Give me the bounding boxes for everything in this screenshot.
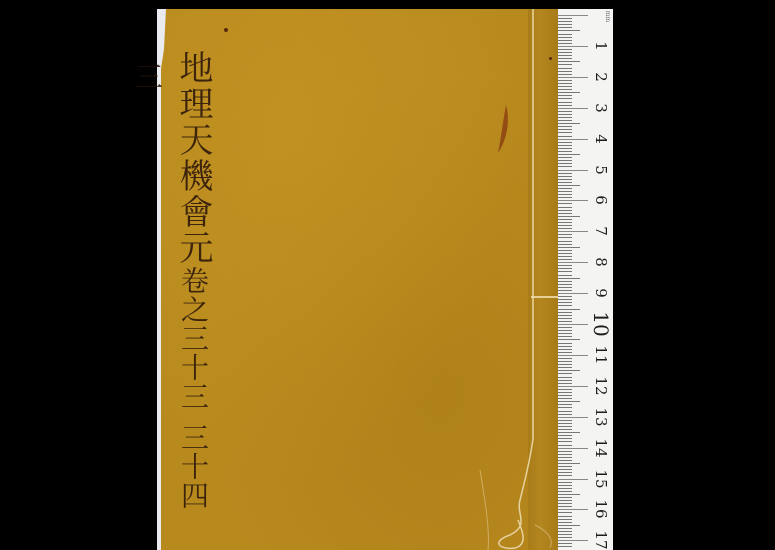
ruler-number: 6 [593, 187, 609, 213]
ruler-tick [558, 228, 572, 229]
title-volume-third: 三 [124, 62, 170, 91]
ruler-tick [558, 250, 572, 251]
ruler-tick [558, 15, 588, 16]
ruler-tick [558, 92, 580, 93]
ruler-tick [558, 330, 572, 331]
ruler-tick [558, 253, 572, 254]
ruler-tick [558, 503, 572, 504]
ruler-tick [558, 463, 580, 464]
ruler-number: 15 [593, 466, 609, 492]
ruler-tick [558, 506, 572, 507]
ruler-tick [558, 358, 572, 359]
ruler-tick [558, 472, 572, 473]
ruler-tick [558, 445, 572, 446]
ruler-tick [558, 441, 572, 442]
ruler-number: 14 [593, 435, 609, 461]
ruler-tick [558, 68, 572, 69]
ruler-tick [558, 173, 572, 174]
ruler-tick [558, 231, 588, 232]
ruler-tick [558, 479, 588, 480]
ruler-tick [558, 83, 572, 84]
ruler-tick [558, 247, 580, 248]
ruler-tick [558, 315, 572, 316]
ruler-tick [558, 58, 572, 59]
ruler-tick [558, 27, 572, 28]
ruler-tick [558, 71, 572, 72]
ruler-tick [558, 64, 572, 65]
ruler-tick [558, 234, 572, 235]
ruler-tick [558, 293, 588, 294]
ruler-tick [558, 52, 572, 53]
ruler-tick [558, 336, 572, 337]
ruler-tick [558, 49, 572, 50]
ruler-number: 17 [593, 527, 609, 550]
ruler-tick [558, 170, 588, 171]
ruler-tick [558, 74, 572, 75]
ruler-tick [558, 148, 572, 149]
ruler-tick [558, 102, 572, 103]
ruler-tick [558, 352, 572, 353]
ruler-tick [558, 281, 572, 282]
ruler-tick [558, 546, 572, 547]
ruler-number: 16 [593, 496, 609, 522]
ruler-tick [558, 77, 588, 78]
ruler-tick [558, 89, 572, 90]
ruler-tick [558, 197, 572, 198]
ruler-tick [558, 318, 572, 319]
ruler-tick [558, 543, 572, 544]
ruler-tick [558, 537, 572, 538]
ruler-tick [558, 120, 572, 121]
ruler-number: 11 [593, 342, 609, 368]
ruler-number: 10 [593, 311, 609, 337]
ruler-tick [558, 111, 572, 112]
ruler-number: 1 [593, 33, 609, 59]
ruler-tick [558, 157, 572, 158]
ruler-tick [558, 299, 572, 300]
ruler-number: 7 [593, 218, 609, 244]
ruler-tick [558, 262, 588, 263]
ruler-tick [558, 491, 572, 492]
ruler-tick [558, 509, 588, 510]
ruler-tick [558, 346, 572, 347]
ruler-tick [558, 194, 572, 195]
ruler-tick [558, 139, 588, 140]
ruler-tick [558, 423, 572, 424]
ruler-tick [558, 179, 572, 180]
ruler-tick [558, 534, 572, 535]
ruler-tick [558, 244, 572, 245]
ruler-tick [558, 497, 572, 498]
ruler-tick [558, 302, 572, 303]
ruler-tick [558, 432, 580, 433]
ruler-tick [558, 216, 580, 217]
ruler-tick [558, 525, 580, 526]
ruler-tick [558, 108, 588, 109]
ruler-tick [558, 389, 572, 390]
ruler-tick [558, 435, 572, 436]
ruler-tick [558, 40, 572, 41]
ruler-tick [558, 61, 580, 62]
ruler-tick [558, 275, 572, 276]
ruler-tick [558, 256, 572, 257]
ruler-tick [558, 185, 580, 186]
ruler-tick [558, 383, 572, 384]
ruler-tick [558, 151, 572, 152]
ruler-tick [558, 420, 572, 421]
ruler-number: 2 [593, 64, 609, 90]
ruler-tick [558, 407, 572, 408]
ruler-tick [558, 339, 580, 340]
ruler-tick [558, 528, 572, 529]
ruler-tick [558, 380, 572, 381]
ruler-tick [558, 370, 580, 371]
ruler-tick [558, 123, 580, 124]
ruler-tick [558, 163, 572, 164]
ruler-tick [558, 290, 572, 291]
ruler-tick [558, 343, 572, 344]
ruler-tick [558, 309, 580, 310]
ink-spot [549, 57, 552, 60]
ruler-tick [558, 469, 572, 470]
ruler-tick [558, 80, 572, 81]
ruler-tick [558, 531, 572, 532]
ruler-tick [558, 203, 572, 204]
ruler-tick [558, 516, 572, 517]
ruler-tick [558, 142, 572, 143]
ruler-tick [558, 37, 572, 38]
ruler-tick [558, 98, 572, 99]
ruler-number: 5 [593, 157, 609, 183]
ruler-tick [558, 355, 588, 356]
ruler-tick [558, 386, 588, 387]
ruler-tick [558, 454, 572, 455]
ruler-tick [558, 475, 572, 476]
measurement-ruler: mm 1234567891011121314151617 [558, 9, 613, 550]
ruler-tick [558, 438, 572, 439]
binding-thread-vertical [532, 9, 534, 439]
ruler-tick [558, 540, 588, 541]
ruler-tick [558, 210, 572, 211]
ruler-tick [558, 126, 572, 127]
ruler-tick [558, 182, 572, 183]
ruler-tick [558, 333, 572, 334]
ruler-tick [558, 154, 580, 155]
ruler-tick [558, 417, 588, 418]
ruler-tick [558, 460, 572, 461]
title-main: 地理天機會元 [173, 50, 213, 266]
ruler-tick [558, 176, 572, 177]
ruler-tick [558, 225, 572, 226]
ruler-tick [558, 200, 588, 201]
ruler-tick [558, 46, 588, 47]
ruler-tick [558, 188, 572, 189]
ruler-tick [558, 426, 572, 427]
ruler-tick [558, 485, 572, 486]
ruler-tick [558, 278, 580, 279]
ruler-tick [558, 414, 572, 415]
ruler-tick [558, 30, 580, 31]
ruler-tick [558, 145, 572, 146]
ink-spot [224, 28, 228, 32]
ruler-tick [558, 488, 572, 489]
ruler-number: 8 [593, 249, 609, 275]
ruler-tick [558, 114, 572, 115]
ruler-number: 3 [593, 95, 609, 121]
ruler-tick [558, 132, 572, 133]
ruler-tick [558, 213, 572, 214]
ruler-tick [558, 494, 580, 495]
ruler-tick [558, 129, 572, 130]
ruler-unit-label: mm [604, 11, 611, 22]
ruler-tick [558, 321, 572, 322]
ruler-number: 13 [593, 404, 609, 430]
ruler-tick [558, 160, 572, 161]
ruler-tick [558, 392, 572, 393]
ruler-tick [558, 324, 588, 325]
ruler-tick [558, 18, 572, 19]
ruler-tick [558, 367, 572, 368]
ruler-tick [558, 284, 572, 285]
loose-binding-thread [460, 430, 560, 550]
ruler-tick [558, 95, 572, 96]
ruler-tick [558, 451, 572, 452]
ruler-tick [558, 136, 572, 137]
ruler-tick [558, 117, 572, 118]
ruler-tick [558, 191, 572, 192]
title-volume-second: 三十四 [170, 423, 216, 510]
ruler-tick [558, 398, 572, 399]
ruler-tick [558, 349, 572, 350]
ruler-tick [558, 24, 572, 25]
ruler-tick [558, 404, 572, 405]
ruler-tick [558, 241, 572, 242]
ruler-tick [558, 43, 572, 44]
ruler-tick [558, 55, 572, 56]
ruler-number: 4 [593, 126, 609, 152]
ruler-tick [558, 105, 572, 106]
ruler-tick [558, 401, 580, 402]
ruler-tick [558, 364, 572, 365]
ruler-tick [558, 361, 572, 362]
ruler-tick [558, 219, 572, 220]
ruler-tick [558, 86, 572, 87]
ruler-tick [558, 377, 572, 378]
ruler-tick [558, 519, 572, 520]
ruler-tick [558, 312, 572, 313]
ruler-tick [558, 237, 572, 238]
ruler-tick [558, 429, 572, 430]
handwritten-title: 地理天機會元卷之三十三三十四三 [170, 50, 216, 550]
ruler-tick [558, 482, 572, 483]
ruler-tick [558, 500, 572, 501]
cover-stain [496, 103, 510, 155]
ruler-tick [558, 305, 572, 306]
ruler-tick [558, 265, 572, 266]
ruler-tick [558, 466, 572, 467]
binding-thread-stitch [531, 296, 558, 298]
ruler-number: 12 [593, 373, 609, 399]
ruler-tick [558, 21, 572, 22]
ruler-number: 9 [593, 280, 609, 306]
ruler-tick [558, 166, 572, 167]
ruler-tick [558, 207, 572, 208]
ruler-tick [558, 522, 572, 523]
ruler-tick [558, 395, 572, 396]
ruler-tick [558, 287, 572, 288]
ruler-tick [558, 222, 572, 223]
ruler-tick [558, 448, 588, 449]
ruler-tick [558, 373, 572, 374]
ruler-tick [558, 259, 572, 260]
ruler-tick [558, 457, 572, 458]
ruler-tick [558, 34, 572, 35]
ruler-tick [558, 512, 572, 513]
ruler-tick [558, 271, 572, 272]
ruler-tick [558, 411, 572, 412]
ruler-tick [558, 327, 572, 328]
ruler-tick [558, 268, 572, 269]
title-volume: 卷之三十三 [177, 266, 210, 411]
ruler-tick [558, 296, 572, 297]
